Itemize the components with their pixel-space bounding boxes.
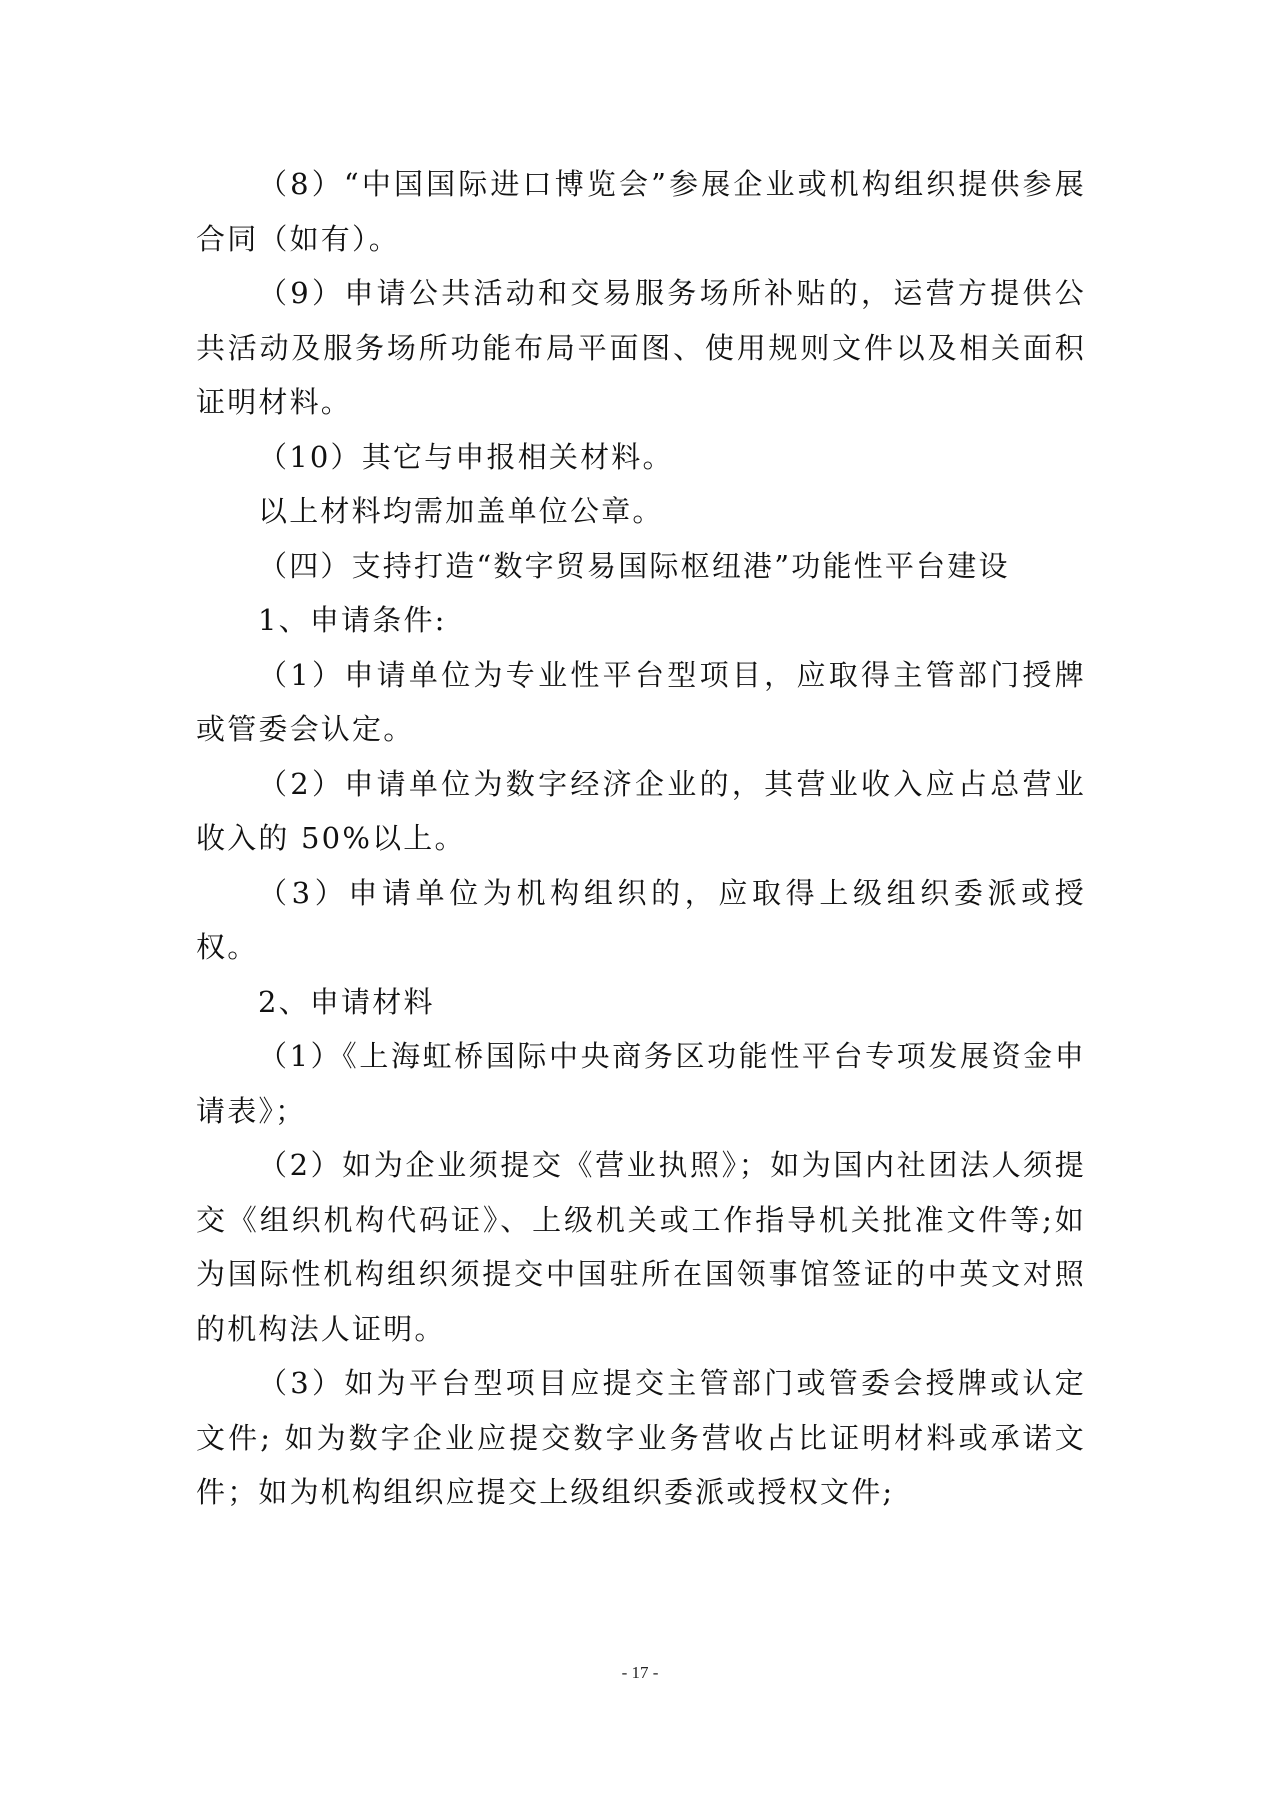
item-10-other-materials: （10）其它与申报相关材料。 (196, 430, 1086, 485)
condition-2-digital-economy: （2）申请单位为数字经济企业的，其营业收入应占总营业收入的 50%以上。 (196, 757, 1086, 866)
subheading-application-conditions: 1、申请条件: (196, 593, 1086, 648)
material-3-certification-docs: （3）如为平台型项目应提交主管部门或管委会授牌或认定文件; 如为数字企业应提交数… (196, 1356, 1086, 1520)
item-8-exhibition-contract: （8）“中国国际进口博览会”参展企业或机构组织提供参展合同（如有）。 (196, 157, 1086, 266)
condition-3-organization: （3）申请单位为机构组织的，应取得上级组织委派或授权。 (196, 866, 1086, 975)
material-1-application-form: （1）《上海虹桥国际中央商务区功能性平台专项发展资金申请表》； (196, 1029, 1086, 1138)
document-page: （8）“中国国际进口博览会”参展企业或机构组织提供参展合同（如有）。 （9）申请… (196, 157, 1086, 1520)
section-heading-digital-trade-hub: （四）支持打造“数字贸易国际枢纽港”功能性平台建设 (196, 539, 1086, 594)
material-2-registration-docs: （2）如为企业须提交《营业执照》；如为国内社团法人须提交《组织机构代码证》、上级… (196, 1138, 1086, 1356)
subheading-application-materials: 2、申请材料 (196, 975, 1086, 1030)
page-number: - 17 - (0, 1663, 1280, 1683)
condition-1-platform-project: （1）申请单位为专业性平台型项目，应取得主管部门授牌或管委会认定。 (196, 648, 1086, 757)
seal-requirement-note: 以上材料均需加盖单位公章。 (196, 484, 1086, 539)
item-9-venue-subsidy-materials: （9）申请公共活动和交易服务场所补贴的，运营方提供公共活动及服务场所功能布局平面… (196, 266, 1086, 430)
